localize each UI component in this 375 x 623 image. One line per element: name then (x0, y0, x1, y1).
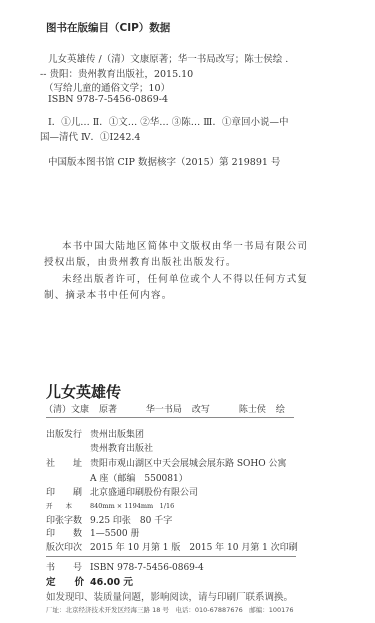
info-row-publisher: 出版发行贵州出版集团 (46, 427, 144, 440)
info-value: 贵州出版集团 (90, 427, 144, 440)
info-label: 出版发行 (46, 427, 90, 440)
illustrator-role: 绘 (276, 405, 285, 415)
credits: （清）文康原著 华一书局改写 陈士侯绘 (44, 402, 295, 415)
info-row-printer: 印 刷北京盛通印刷股份有限公司 (46, 485, 198, 498)
info-value: 1—5500 册 (90, 526, 140, 539)
info-row-publisher-2: 贵州教育出版社 (46, 441, 153, 454)
divider (46, 556, 296, 557)
info-label: 印 刷 (46, 485, 90, 498)
info-value: 贵阳市观山湖区中天会展城会展东路 SOHO 公寓 (90, 456, 287, 469)
info-value: A 座（邮编 550081） (90, 471, 188, 484)
cip-classification: Ⅰ．①儿… Ⅱ．①文… ②华… ③陈… Ⅲ．①章回小说—中 (48, 114, 288, 128)
isbn-value: ISBN 978-7-5456-0869-4 (90, 563, 204, 573)
adapter-role: 改写 (192, 405, 210, 415)
cip-number: 中国版本图书馆 CIP 数据核字（2015）第 219891 号 (48, 154, 280, 168)
cip-classification: 国—清代 Ⅳ．①I242.4 (40, 129, 140, 143)
cip-isbn: ISBN 978-7-5456-0869-4 (48, 94, 168, 105)
cip-line: -- 贵阳：贵州教育出版社，2015.10 (40, 66, 193, 80)
info-label: 社 址 (46, 456, 90, 469)
price-value: 46.00 元 (90, 574, 133, 588)
info-value: 贵州教育出版社 (90, 441, 153, 454)
quality-notice: 如发现印、装质量问题，影响阅读，请与印刷厂联系调换。 (46, 589, 293, 603)
copyright-notice-line: 本书中国大陆地区简体中文版权由华一书局有限公司 (62, 238, 308, 252)
info-value: 北京盛通印刷股份有限公司 (90, 485, 198, 498)
info-value: 9.25 印张 80 千字 (90, 513, 172, 526)
price-label: 定 价 (46, 574, 90, 588)
adapter-name: 华一书局 (146, 405, 182, 415)
author-role: 原著 (99, 405, 117, 415)
info-value: 840mm × 1194mm 1/16 (90, 501, 174, 510)
info-row-sheets-words: 印张字数9.25 印张 80 千字 (46, 513, 172, 526)
info-label: 版次印次 (46, 540, 90, 553)
info-label: 开 本 (46, 501, 90, 510)
isbn-label: 书 号 (46, 560, 90, 573)
info-label: 印张字数 (46, 513, 90, 526)
cip-line: 儿女英雄传 /（清）文康原著；华一书局改写；陈士侯绘 . (48, 51, 288, 65)
printer-address: 厂址：北京经济技术开发区经海三路 18 号 电话：010-67887676 邮编… (46, 605, 294, 614)
info-value: 2015 年 10 月第 1 版 2015 年 10 月第 1 次印刷 (90, 540, 298, 553)
copyright-notice-line: 未经出版者许可，任何单位或个人不得以任何方式复 (62, 271, 308, 285)
info-row-format: 开 本840mm × 1194mm 1/16 (46, 501, 174, 510)
price-row: 定 价46.00 元 (46, 574, 133, 588)
copyright-notice-line: 制、摘录本书中任何内容。 (44, 287, 172, 301)
divider (46, 417, 294, 418)
copyright-notice-line: 授权出版，由贵州教育出版社出版发行。 (44, 254, 237, 268)
cip-heading: 图书在版编目（CIP）数据 (46, 20, 170, 35)
isbn-row: 书 号ISBN 978-7-5456-0869-4 (46, 560, 204, 573)
author-name: （清）文康 (44, 405, 89, 415)
info-row-address: 社 址贵阳市观山湖区中天会展城会展东路 SOHO 公寓 (46, 456, 287, 469)
info-row-print-run: 印 数1—5500 册 (46, 526, 140, 539)
illustrator-name: 陈士侯 (239, 405, 266, 415)
info-label: 印 数 (46, 526, 90, 539)
cip-line: （写给儿童的通俗文学；10） (44, 80, 170, 94)
info-row-address-2: A 座（邮编 550081） (46, 471, 188, 484)
info-row-edition: 版次印次2015 年 10 月第 1 版 2015 年 10 月第 1 次印刷 (46, 540, 298, 553)
book-title: 儿女英雄传 (46, 381, 121, 402)
